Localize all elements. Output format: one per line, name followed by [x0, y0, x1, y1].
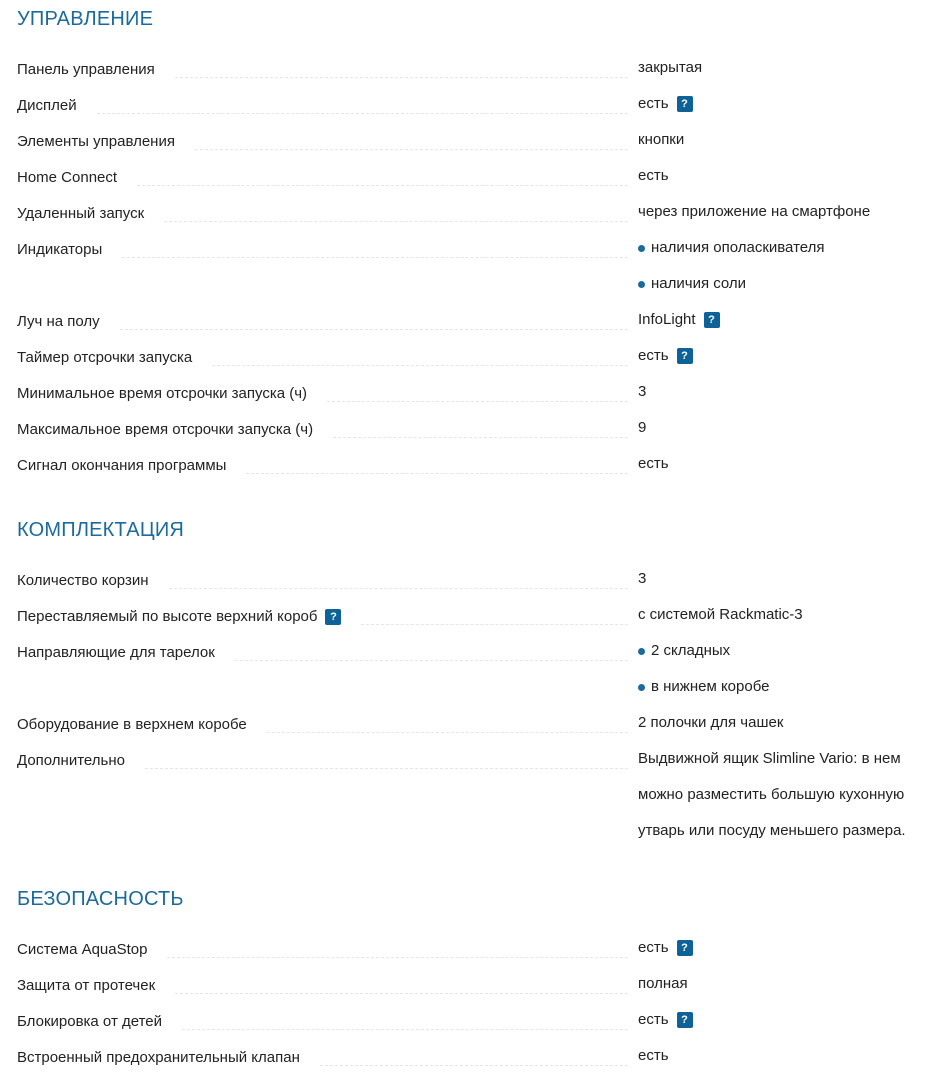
spec-value: закрытая: [638, 59, 702, 77]
spec-row: Система AquaStopесть?: [0, 939, 943, 975]
spec-row: Блокировка от детейесть?: [0, 1011, 943, 1047]
spec-label: Элементы управления: [17, 133, 183, 151]
spec-label: Home Connect: [17, 169, 125, 187]
value-line: можно разместить большую кухонную: [638, 786, 904, 804]
spec-label-wrap: Защита от протечек: [17, 975, 628, 995]
dotted-leader: [97, 113, 628, 114]
spec-label-text: Дополнительно: [17, 752, 125, 770]
spec-label-text: Система AquaStop: [17, 941, 147, 959]
help-icon[interactable]: ?: [677, 1012, 693, 1028]
spec-value-text: есть: [638, 95, 669, 113]
spec-label-text: Максимальное время отсрочки запуска (ч): [17, 421, 313, 439]
spec-value: 3: [638, 570, 646, 588]
spec-value-text: InfoLight: [638, 311, 696, 329]
bullet-text: в нижнем коробе: [651, 678, 769, 696]
section-title: УПРАВЛЕНИЕ: [17, 8, 153, 31]
spec-label: Оборудование в верхнем коробе: [17, 716, 255, 734]
spec-value-text: закрытая: [638, 59, 702, 77]
spec-label-wrap: Оборудование в верхнем коробе: [17, 714, 628, 734]
spec-row: Защита от протечекполная: [0, 975, 943, 1011]
spec-label-wrap: Направляющие для тарелок: [17, 642, 628, 662]
spec-label: Дополнительно: [17, 752, 133, 770]
dotted-leader: [182, 1029, 628, 1030]
dotted-leader: [327, 401, 628, 402]
spec-label-text: Переставляемый по высоте верхний короб: [17, 608, 317, 626]
spec-label: Встроенный предохранительный клапан: [17, 1049, 308, 1067]
spec-value-text: полная: [638, 975, 688, 993]
spec-row: Панель управлениязакрытая: [0, 59, 943, 95]
spec-row: Элементы управлениякнопки: [0, 131, 943, 167]
spec-value: Выдвижной ящик Slimline Vario: в немможн…: [638, 750, 906, 840]
spec-row: Встроенный предохранительный клапанесть: [0, 1047, 943, 1083]
spec-row: Максимальное время отсрочки запуска (ч)9: [0, 419, 943, 455]
spec-value: есть: [638, 167, 669, 185]
spec-value: есть?: [638, 347, 693, 365]
help-icon[interactable]: ?: [704, 312, 720, 328]
spec-row: Направляющие для тарелок2 складныхв нижн…: [0, 642, 943, 678]
spec-value-text: есть: [638, 167, 669, 185]
spec-row: ДополнительноВыдвижной ящик Slimline Var…: [0, 750, 943, 786]
spec-value: кнопки: [638, 131, 684, 149]
spec-value-text: есть: [638, 1011, 669, 1029]
bullet-item: наличия соли: [638, 275, 746, 293]
spec-value: есть: [638, 455, 669, 473]
spec-label-text: Оборудование в верхнем коробе: [17, 716, 247, 734]
spec-value: 2 полочки для чашек: [638, 714, 783, 732]
spec-label-text: Защита от протечек: [17, 977, 155, 995]
spec-value: есть?: [638, 1011, 693, 1029]
spec-row: Home Connectесть: [0, 167, 943, 203]
spec-label-text: Панель управления: [17, 61, 155, 79]
dotted-leader: [175, 993, 628, 994]
spec-value-text: есть: [638, 347, 669, 365]
spec-label: Блокировка от детей: [17, 1013, 170, 1031]
spec-label-text: Индикаторы: [17, 241, 102, 259]
dotted-leader: [246, 473, 628, 474]
bullet-text: наличия ополаскивателя: [651, 239, 825, 257]
spec-row: Переставляемый по высоте верхний короб?с…: [0, 606, 943, 642]
spec-value: 2 складныхв нижнем коробе: [638, 642, 769, 696]
spec-label-wrap: Таймер отсрочки запуска: [17, 347, 628, 367]
bullet-item: наличия ополаскивателя: [638, 239, 825, 257]
bullet-item: в нижнем коробе: [638, 678, 769, 696]
spec-label: Таймер отсрочки запуска: [17, 349, 200, 367]
spec-value-text: есть: [638, 1047, 669, 1065]
spec-label-text: Таймер отсрочки запуска: [17, 349, 192, 367]
dotted-leader: [145, 768, 628, 769]
dotted-leader: [137, 185, 628, 186]
spec-label-wrap: Переставляемый по высоте верхний короб?: [17, 606, 628, 626]
spec-label: Сигнал окончания программы: [17, 457, 234, 475]
spec-value-text: кнопки: [638, 131, 684, 149]
help-icon[interactable]: ?: [677, 96, 693, 112]
spec-label-wrap: Минимальное время отсрочки запуска (ч): [17, 383, 628, 403]
spec-label-wrap: Элементы управления: [17, 131, 628, 151]
spec-row: Таймер отсрочки запускаесть?: [0, 347, 943, 383]
dotted-leader: [212, 365, 628, 366]
spec-label-text: Сигнал окончания программы: [17, 457, 226, 475]
dotted-leader: [164, 221, 628, 222]
bullet-item: 2 складных: [638, 642, 730, 660]
spec-value: наличия ополаскивателяналичия соли: [638, 239, 825, 293]
dotted-leader: [333, 437, 628, 438]
spec-label-wrap: Удаленный запуск: [17, 203, 628, 223]
spec-label-text: Луч на полу: [17, 313, 100, 331]
spec-label: Система AquaStop: [17, 941, 155, 959]
spec-label-wrap: Блокировка от детей: [17, 1011, 628, 1031]
dotted-leader: [361, 624, 628, 625]
spec-label-text: Направляющие для тарелок: [17, 644, 215, 662]
spec-label: Панель управления: [17, 61, 163, 79]
spec-value-text: через приложение на смартфоне: [638, 203, 870, 221]
spec-row: Минимальное время отсрочки запуска (ч)3: [0, 383, 943, 419]
spec-value: 3: [638, 383, 646, 401]
spec-value: с системой Rackmatic-3: [638, 606, 803, 624]
spec-label-wrap: Встроенный предохранительный клапан: [17, 1047, 628, 1067]
dotted-leader: [320, 1065, 628, 1066]
spec-label: Луч на полу: [17, 313, 108, 331]
bullet-icon: [638, 684, 645, 691]
dotted-leader: [235, 660, 628, 661]
spec-value-text: 9: [638, 419, 646, 437]
spec-row: Луч на полуInfoLight?: [0, 311, 943, 347]
bullet-text: 2 складных: [651, 642, 730, 660]
dotted-leader: [120, 329, 628, 330]
spec-label: Направляющие для тарелок: [17, 644, 223, 662]
spec-value: через приложение на смартфоне: [638, 203, 870, 221]
spec-row: Индикаторыналичия ополаскивателяналичия …: [0, 239, 943, 275]
spec-label: Дисплей: [17, 97, 85, 115]
spec-value: 9: [638, 419, 646, 437]
spec-row: Количество корзин3: [0, 570, 943, 606]
bullet-icon: [638, 245, 645, 252]
spec-label: Защита от протечек: [17, 977, 163, 995]
spec-value: полная: [638, 975, 688, 993]
spec-label-text: Дисплей: [17, 97, 77, 115]
spec-label-text: Минимальное время отсрочки запуска (ч): [17, 385, 307, 403]
spec-label-wrap: Индикаторы: [17, 239, 628, 259]
help-icon[interactable]: ?: [677, 940, 693, 956]
value-line: Выдвижной ящик Slimline Vario: в нем: [638, 750, 901, 768]
bullet-text: наличия соли: [651, 275, 746, 293]
dotted-leader: [169, 588, 628, 589]
value-line: утварь или посуду меньшего размера.: [638, 822, 906, 840]
bullet-icon: [638, 648, 645, 655]
spec-value-text: 3: [638, 570, 646, 588]
spec-label-wrap: Home Connect: [17, 167, 628, 187]
spec-label: Переставляемый по высоте верхний короб?: [17, 608, 349, 626]
help-icon[interactable]: ?: [325, 609, 341, 625]
spec-label-wrap: Луч на полу: [17, 311, 628, 331]
spec-label-text: Количество корзин: [17, 572, 149, 590]
spec-label: Удаленный запуск: [17, 205, 152, 223]
spec-label-text: Удаленный запуск: [17, 205, 144, 223]
spec-row: Оборудование в верхнем коробе2 полочки д…: [0, 714, 943, 750]
dotted-leader: [267, 732, 628, 733]
dotted-leader: [175, 77, 628, 78]
dotted-leader: [167, 957, 628, 958]
spec-value-text: есть: [638, 455, 669, 473]
spec-label-wrap: Панель управления: [17, 59, 628, 79]
spec-label-text: Элементы управления: [17, 133, 175, 151]
spec-label: Индикаторы: [17, 241, 110, 259]
help-icon[interactable]: ?: [677, 348, 693, 364]
section-title: БЕЗОПАСНОСТЬ: [17, 888, 184, 911]
spec-row: Дисплейесть?: [0, 95, 943, 131]
spec-label: Минимальное время отсрочки запуска (ч): [17, 385, 315, 403]
spec-value: есть: [638, 1047, 669, 1065]
spec-label: Количество корзин: [17, 572, 157, 590]
spec-value-text: с системой Rackmatic-3: [638, 606, 803, 624]
spec-label-text: Встроенный предохранительный клапан: [17, 1049, 300, 1067]
spec-label-wrap: Дополнительно: [17, 750, 628, 770]
spec-label-wrap: Количество корзин: [17, 570, 628, 590]
bullet-icon: [638, 281, 645, 288]
spec-label: Максимальное время отсрочки запуска (ч): [17, 421, 321, 439]
spec-value-text: 2 полочки для чашек: [638, 714, 783, 732]
section-title: КОМПЛЕКТАЦИЯ: [17, 519, 184, 542]
spec-value-text: есть: [638, 939, 669, 957]
dotted-leader: [122, 257, 628, 258]
spec-label-wrap: Дисплей: [17, 95, 628, 115]
spec-label-wrap: Сигнал окончания программы: [17, 455, 628, 475]
spec-label-wrap: Максимальное время отсрочки запуска (ч): [17, 419, 628, 439]
spec-value-text: 3: [638, 383, 646, 401]
spec-label-text: Блокировка от детей: [17, 1013, 162, 1031]
spec-value: InfoLight?: [638, 311, 720, 329]
spec-value: есть?: [638, 939, 693, 957]
spec-value: есть?: [638, 95, 693, 113]
spec-row: Удаленный запускчерез приложение на смар…: [0, 203, 943, 239]
spec-row: Сигнал окончания программыесть: [0, 455, 943, 491]
dotted-leader: [195, 149, 628, 150]
spec-label-wrap: Система AquaStop: [17, 939, 628, 959]
spec-label-text: Home Connect: [17, 169, 117, 187]
